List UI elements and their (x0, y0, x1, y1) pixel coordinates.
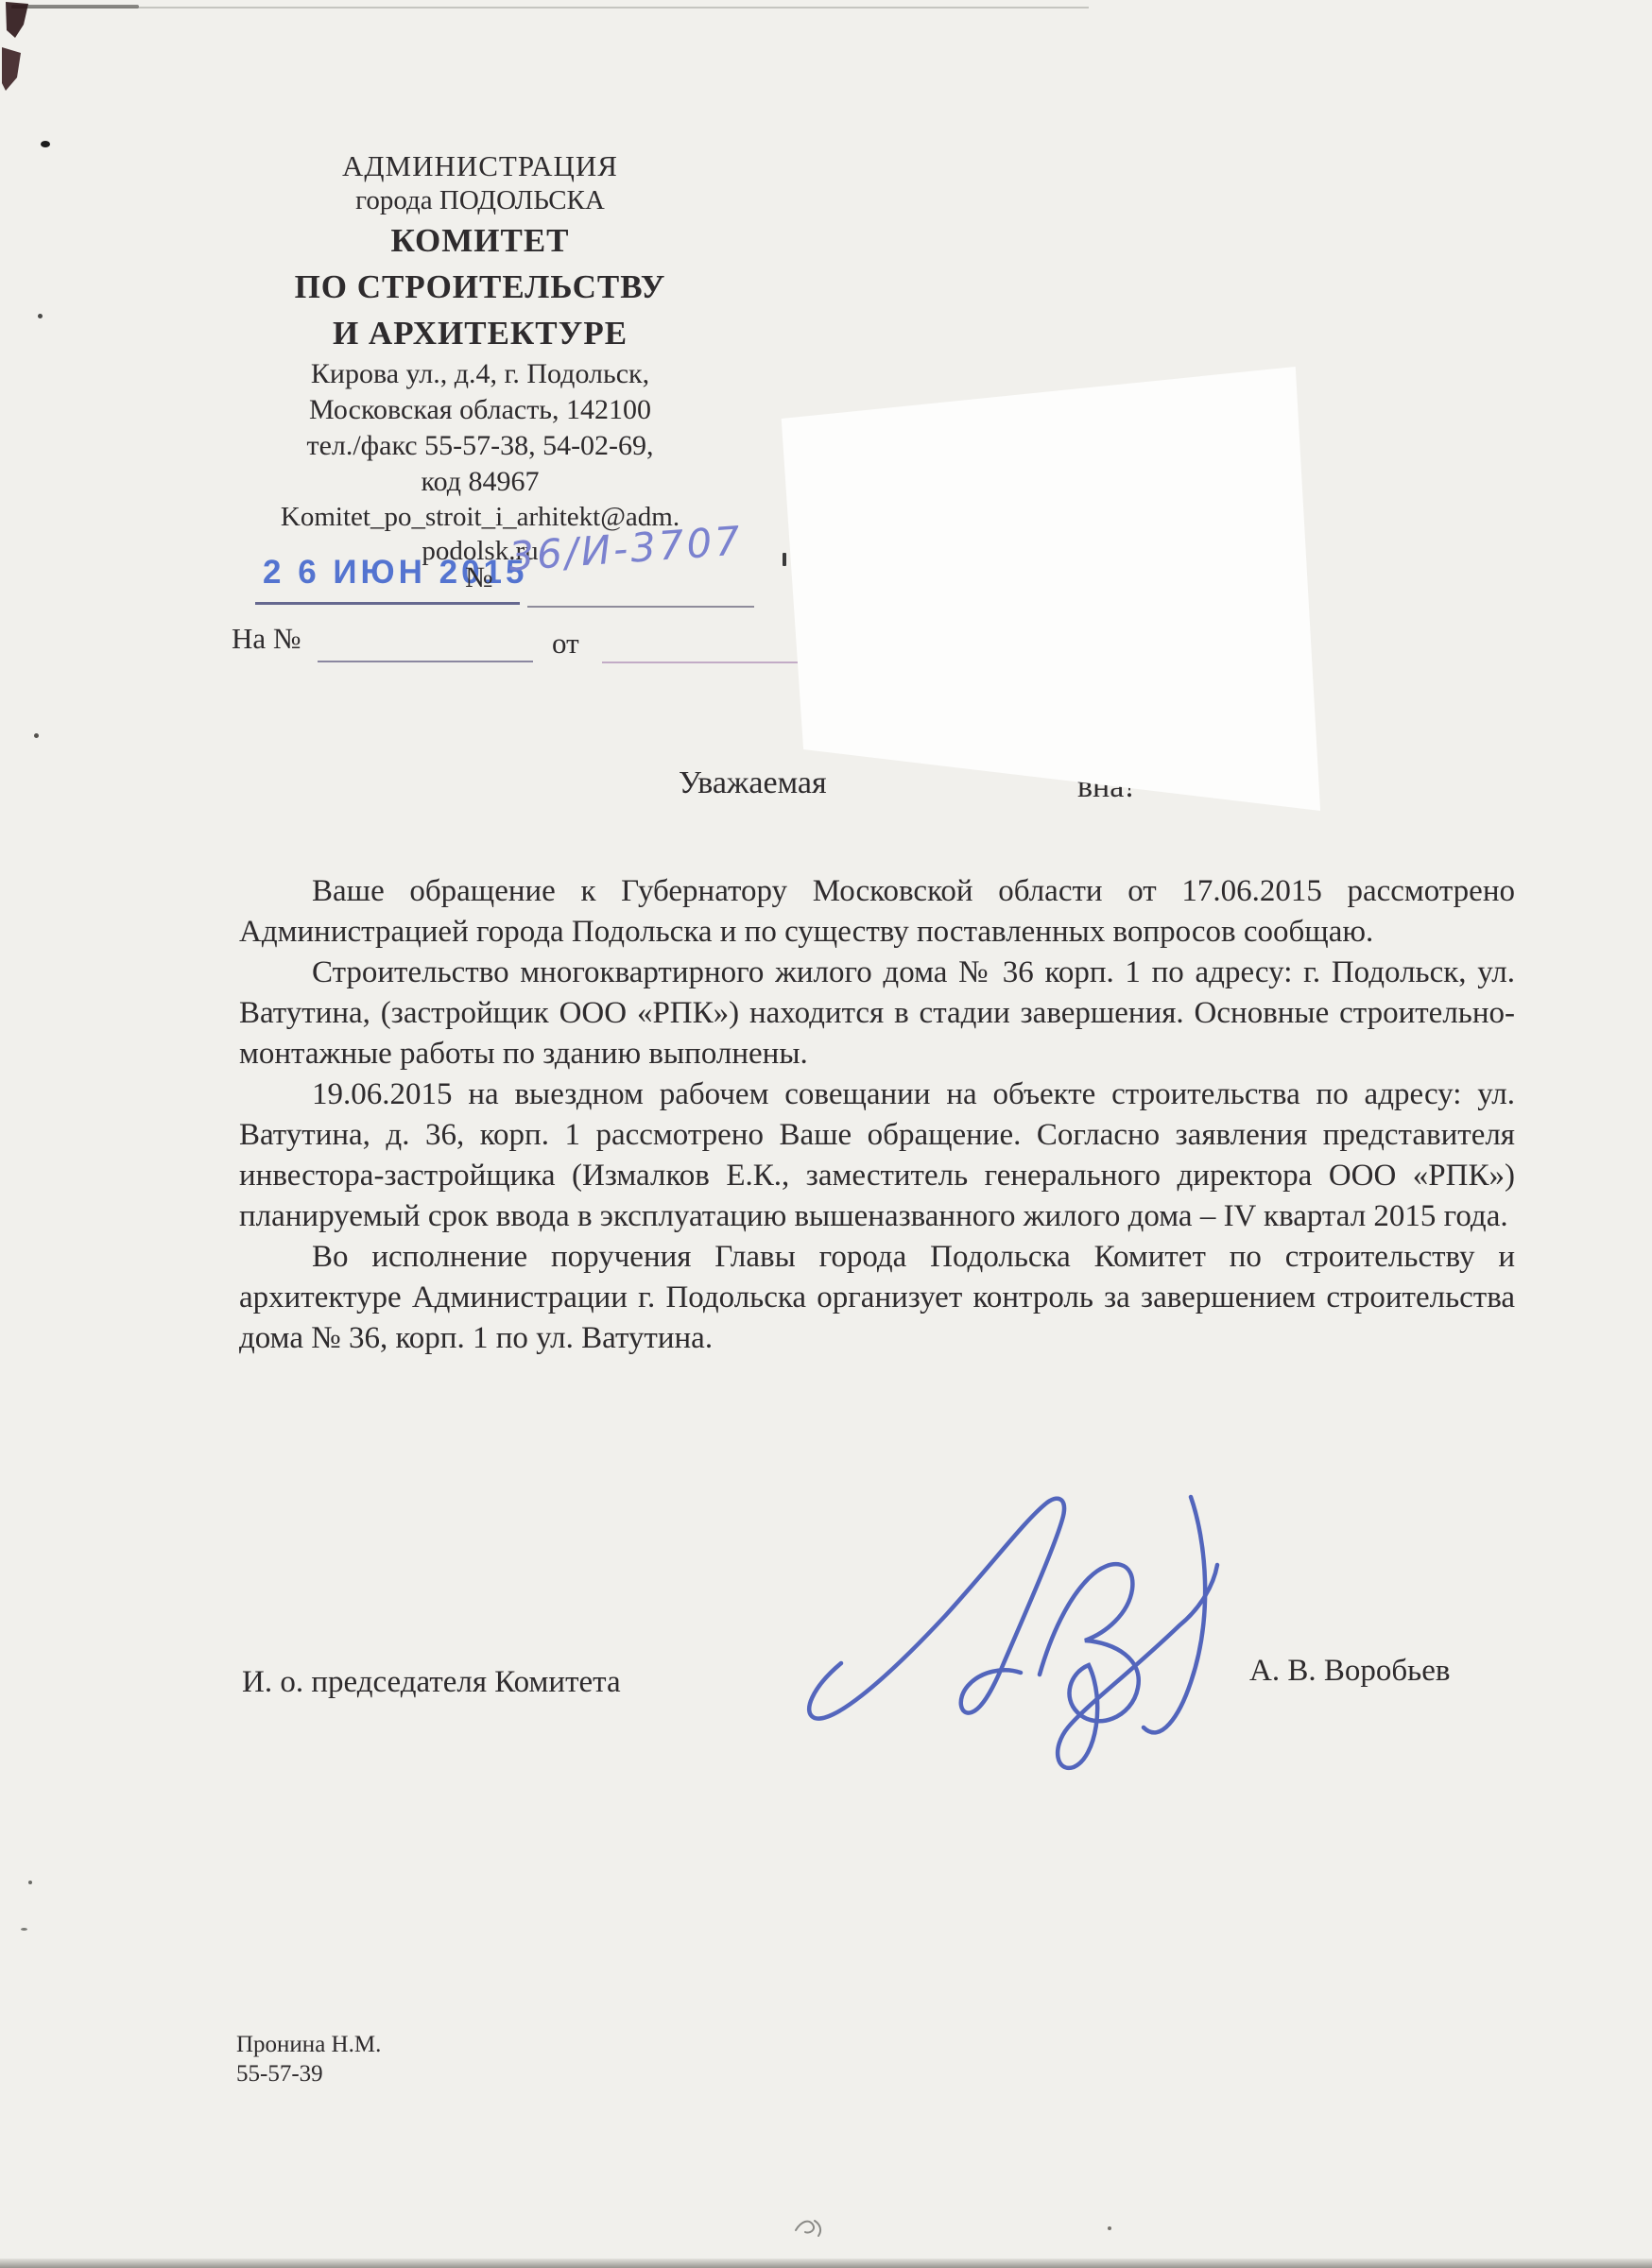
executor-phone: 55-57-39 (236, 2059, 381, 2088)
address-line2: Московская область, 142100 (149, 392, 811, 428)
address-line4: код 84967 (149, 464, 811, 500)
number-label: № (465, 560, 493, 594)
reply-number-label: На № (232, 622, 301, 656)
address-line1: Кирова ул., д.4, г. Подольск, (149, 356, 811, 392)
signer-name: А. В. Воробьев (1249, 1654, 1450, 1689)
scan-artifact-corner-marks (2, 2, 59, 106)
org-name-line2: города ПОДОЛЬСКА (149, 183, 811, 217)
number-underline (527, 606, 754, 608)
reply-from-label: от (552, 627, 579, 661)
letterhead: АДМИНИСТРАЦИЯ города ПОДОЛЬСКА КОМИТЕТ П… (149, 149, 811, 568)
letter-body: Ваше обращение к Губернатору Московской … (239, 871, 1515, 1359)
scan-artifact-speck (28, 1881, 32, 1884)
scan-artifact-speck (41, 141, 50, 147)
paragraph-4: Во исполнение поручения Главы города Под… (239, 1237, 1515, 1359)
redaction-overlay (770, 357, 1323, 830)
scan-artifact-speck (38, 314, 43, 318)
paragraph-1: Ваше обращение к Губернатору Московской … (239, 871, 1515, 953)
scanned-letter-page: АДМИНИСТРАЦИЯ города ПОДОЛЬСКА КОМИТЕТ П… (0, 0, 1652, 2268)
reply-number-underline (318, 661, 533, 662)
scan-artifact-speck (34, 733, 39, 738)
paragraph-3: 19.06.2015 на выездном рабочем совещании… (239, 1074, 1515, 1237)
date-underline (255, 602, 520, 605)
address-line3: тел./факс 55-57-38, 54-02-69, (149, 428, 811, 464)
committee-name-line3: И АРХИТЕКТУРЕ (149, 310, 811, 356)
committee-name-line2: ПО СТРОИТЕЛЬСТВУ (149, 264, 811, 310)
scan-artifact-speck (21, 1928, 27, 1931)
scan-artifact-covered-text-fragment (783, 553, 786, 566)
salutation-prefix: Уважаемая (679, 765, 827, 801)
executor-footer: Пронина Н.М. 55-57-39 (236, 2030, 381, 2088)
scan-artifact-speck (1108, 2226, 1111, 2230)
scan-artifact-top-edge (11, 7, 1089, 9)
executor-name: Пронина Н.М. (236, 2030, 381, 2059)
scan-artifact-bottom-squiggle (792, 2213, 834, 2240)
handwritten-signature (699, 1474, 1248, 1786)
signer-position: И. о. председателя Комитета (242, 1665, 621, 1700)
scan-artifact-bottom-edge (0, 2259, 1652, 2268)
org-name-line1: АДМИНИСТРАЦИЯ (149, 149, 811, 183)
committee-name-line1: КОМИТЕТ (149, 217, 811, 264)
paragraph-2: Строительство многоквартирного жилого до… (239, 953, 1515, 1074)
